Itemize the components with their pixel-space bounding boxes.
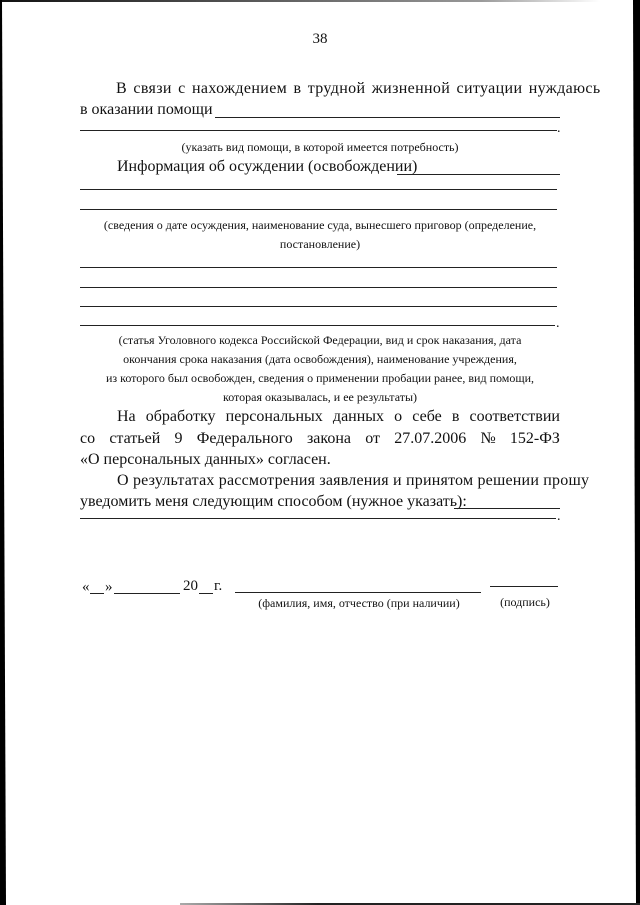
full-name-caption: (фамилия, имя, отчество (при наличии)	[250, 596, 468, 610]
full-name-field[interactable]	[235, 592, 481, 593]
notify-method-field-line1[interactable]	[454, 508, 560, 509]
consent-line3: «О персональных данных» согласен.	[80, 451, 331, 469]
signature-field[interactable]	[490, 586, 558, 587]
article-field-line2[interactable]	[80, 287, 557, 288]
scan-edge-top	[0, 0, 600, 2]
article-field-line1[interactable]	[80, 267, 557, 268]
help-type-field-line2[interactable]	[80, 130, 557, 131]
date-open-quote: «	[82, 578, 90, 596]
period: .	[557, 124, 561, 134]
date-year-field[interactable]	[199, 593, 213, 594]
article-caption-line1: (статья Уголовного кодекса Российской Фе…	[80, 333, 560, 347]
conviction-caption-line2: постановление)	[80, 237, 560, 251]
conviction-field-line1[interactable]	[397, 174, 560, 175]
year-prefix: 20	[183, 577, 198, 595]
conviction-field-line2[interactable]	[80, 189, 557, 190]
scan-edge-left	[0, 0, 6, 905]
need-help-line1: В связи с нахождением в трудной жизненно…	[80, 80, 560, 98]
conviction-field-line3[interactable]	[80, 209, 557, 210]
article-caption-line2: окончания срока наказания (дата освобожд…	[80, 352, 560, 366]
period: .	[557, 512, 561, 522]
page-number: 38	[0, 31, 640, 48]
need-help-paragraph: В связи с нахождением в трудной жизненно…	[80, 80, 560, 98]
need-help-line2: в оказании помощи	[80, 101, 213, 119]
article-caption-line4: которая оказывалась, и ее результаты)	[80, 390, 560, 404]
article-caption-line3: из которого был освобожден, сведения о п…	[80, 371, 560, 385]
period: .	[556, 319, 560, 329]
consent-line1: На обработку персональных данных о себе …	[117, 408, 560, 426]
article-field-line3[interactable]	[80, 306, 557, 307]
help-type-field-line1[interactable]	[215, 117, 560, 118]
year-suffix: г.	[214, 577, 222, 595]
notify-line1: О результатах рассмотрения заявления и п…	[117, 472, 589, 490]
consent-line2: со статьей 9 Федерального закона от 27.0…	[80, 430, 560, 448]
help-type-caption: (указать вид помощи, в которой имеется п…	[80, 140, 560, 154]
date-close-quote: »	[105, 578, 113, 596]
scan-edge-right	[633, 0, 640, 905]
notify-method-field-line2[interactable]	[80, 518, 556, 519]
conviction-caption-line1: (сведения о дате осуждения, наименование…	[80, 218, 560, 232]
date-month-field[interactable]	[114, 593, 180, 594]
notify-line2: уведомить меня следующим способом (нужно…	[80, 493, 467, 511]
date-day-field[interactable]	[90, 593, 104, 594]
article-field-line4[interactable]	[80, 325, 555, 326]
signature-caption: (подпись)	[495, 595, 555, 609]
conviction-label: Информация об осуждении (освобождении)	[117, 158, 417, 176]
